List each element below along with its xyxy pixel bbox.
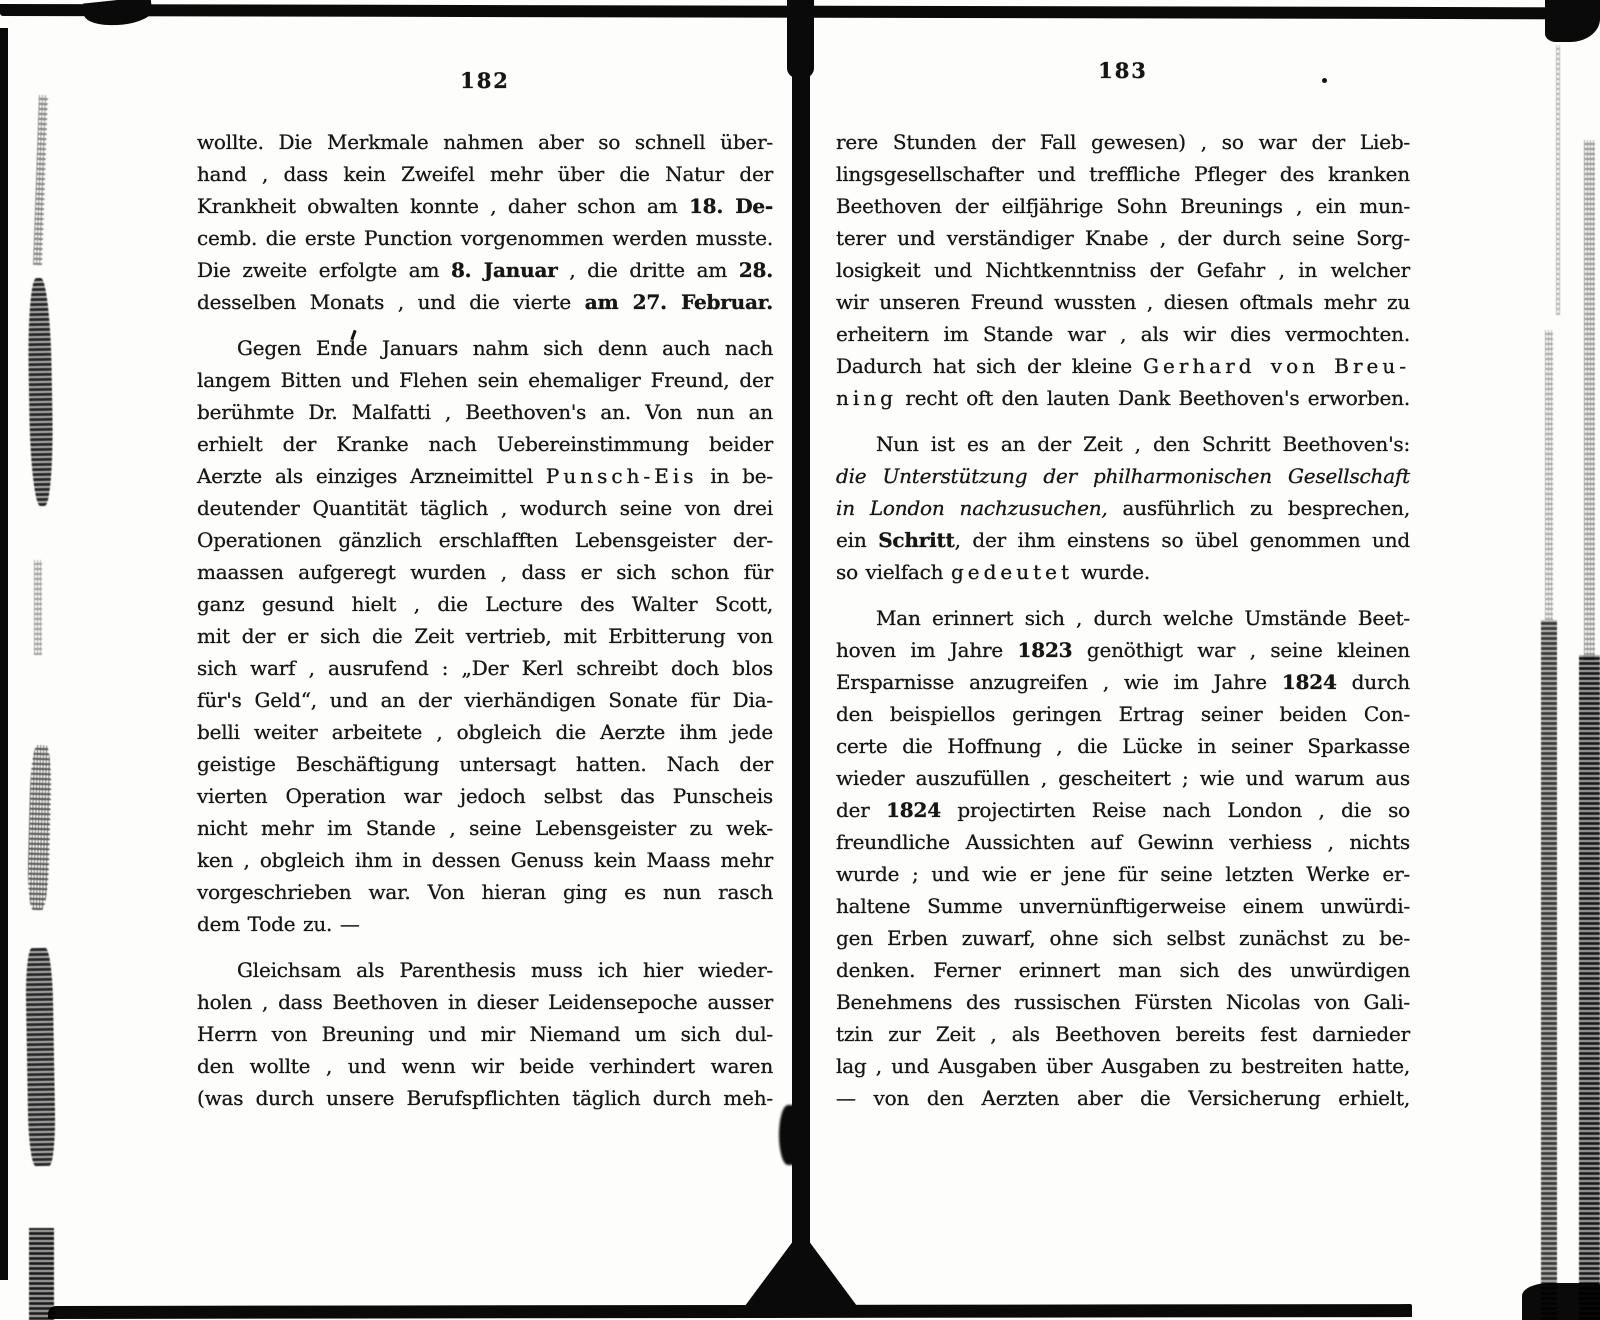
text-line: Gegen Ende Januars nahm sich denn auch n…	[197, 332, 773, 364]
text-line: — von den Aerzten aber die Versicherung …	[836, 1082, 1410, 1114]
scan-streak	[1541, 620, 1557, 1320]
text-line: holen , dass Beethoven in dieser Leidens…	[197, 986, 773, 1018]
text-line: Man erinnert sich , durch welche Umständ…	[836, 602, 1410, 634]
text-line: Krankheit obwalten konnte , daher schon …	[197, 190, 773, 222]
text-line: denken. Ferner erinnert man sich des unw…	[836, 954, 1410, 986]
text-line: freundliche Aussichten auf Gewinn verhie…	[836, 826, 1410, 858]
text-line: wir unseren Freund wussten , diesen oftm…	[836, 286, 1410, 318]
text-line: losigkeit und Nichtkenntniss der Gefahr …	[836, 254, 1410, 286]
text-line: lingsgesellschafter und treffliche Pfleg…	[836, 158, 1410, 190]
text-line: dem Tode zu. —	[197, 908, 773, 940]
text-line: für's Geld“, und an der vierhändigen Son…	[197, 684, 773, 716]
text-line: hand , dass kein Zweifel mehr über die N…	[197, 158, 773, 190]
text-line: erhielt der Kranke nach Uebereinstimmung…	[197, 428, 773, 460]
text-line: Ersparnisse anzugreifen , wie im Jahre 1…	[836, 666, 1410, 698]
text-line: certe die Hoffnung , die Lücke in seiner…	[836, 730, 1410, 762]
scan-artifact-left-edge	[0, 28, 8, 1280]
scan-smudge	[34, 560, 42, 655]
text-line: ganz gesund hielt , die Lecture des Walt…	[197, 588, 773, 620]
scan-smudge	[27, 278, 54, 506]
text-line: wurde ; und wie er jene für seine letzte…	[836, 858, 1410, 890]
paragraph: wollte. Die Merkmale nahmen aber so schn…	[197, 126, 773, 318]
text-line: Benehmens des russischen Fürsten Nicolas…	[836, 986, 1410, 1018]
text-line: ning recht oft den lauten Dank Beethoven…	[836, 382, 1410, 414]
paragraph: Nun ist es an der Zeit , den Schritt Bee…	[836, 428, 1410, 588]
scan-artifact-gutter-flare	[742, 1240, 860, 1310]
text-line: den wollte , und wenn wir beide verhinde…	[197, 1050, 773, 1082]
text-line: in London nachzusuchen, ausführlich zu b…	[836, 492, 1410, 524]
text-line: Beethoven der eilfjährige Sohn Breunings…	[836, 190, 1410, 222]
text-line: vorgeschrieben war. Von hieran ging es n…	[197, 876, 773, 908]
ink-speck	[1322, 78, 1327, 83]
text-line: haltene Summe unvernünftigerweise einem …	[836, 890, 1410, 922]
text-line: tzin zur Zeit , als Beethoven bereits fe…	[836, 1018, 1410, 1050]
scan-artifact-topright-blob	[1545, 0, 1600, 42]
text-line: cemb. die erste Punction vorgenommen wer…	[197, 222, 773, 254]
text-line: Gleichsam als Parenthesis muss ich hier …	[197, 954, 773, 986]
scan-streak	[1584, 140, 1595, 660]
text-line: vierten Operation war jedoch selbst das …	[197, 780, 773, 812]
text-line: wieder auszufüllen , gescheitert ; wie u…	[836, 762, 1410, 794]
page-text-right: rere Stunden der Fall gewesen) , so war …	[836, 126, 1410, 1114]
text-line: der 1824 projectirten Reise nach London …	[836, 794, 1410, 826]
text-line: maassen aufgeregt wurden , dass er sich …	[197, 556, 773, 588]
text-line: die Unterstützung der philharmonischen G…	[836, 460, 1410, 492]
text-line: berühmte Dr. Malfatti , Beethoven's an. …	[197, 396, 773, 428]
text-line: Dadurch hat sich der kleine Gerhard von …	[836, 350, 1410, 382]
text-line: deutender Quantität täglich , wodurch se…	[197, 492, 773, 524]
text-line: sich warf , ausrufend : „Der Kerl schrei…	[197, 652, 773, 684]
text-line: Aerzte als einziges Arzneimittel Punsch-…	[197, 460, 773, 492]
text-line: ein Schritt, der ihm einstens so übel ge…	[836, 524, 1410, 556]
paragraph: rere Stunden der Fall gewesen) , so war …	[836, 126, 1410, 414]
scan-smudge	[29, 1228, 54, 1320]
text-line: gen Erben zuwarf, ohne sich selbst zunäc…	[836, 922, 1410, 954]
page-text-left: wollte. Die Merkmale nahmen aber so schn…	[197, 126, 773, 1114]
text-line: Nun ist es an der Zeit , den Schritt Bee…	[836, 428, 1410, 460]
scan-smudge	[27, 745, 52, 910]
paragraph: Gleichsam als Parenthesis muss ich hier …	[197, 954, 773, 1114]
text-line: erheitern im Stande war , als wir dies v…	[836, 318, 1410, 350]
scan-streak	[1556, 45, 1560, 315]
text-line: langem Bitten und Flehen sein ehemaliger…	[197, 364, 773, 396]
scan-streak	[1579, 655, 1600, 1320]
text-line: (was durch unsere Berufspflichten täglic…	[197, 1082, 773, 1114]
page-183: 183 rere Stunden der Fall gewesen) , so …	[836, 56, 1410, 1114]
page-182: 182 wollte. Die Merkmale nahmen aber so …	[197, 66, 773, 1114]
scan-artifact-topleft-blob	[83, 0, 153, 28]
scan-artifact-bottom-border	[48, 1304, 1412, 1319]
scan-smudge	[25, 948, 56, 1166]
text-line: belli weiter arbeitete , obgleich die Ae…	[197, 716, 773, 748]
text-line: desselben Monats , und die vierte am 27.…	[197, 286, 773, 318]
text-line: geistige Beschäftigung untersagt hatten.…	[197, 748, 773, 780]
text-line: wollte. Die Merkmale nahmen aber so schn…	[197, 126, 773, 158]
scan-streak	[1545, 330, 1553, 620]
text-line: terer und verständiger Knabe , der durch…	[836, 222, 1410, 254]
text-line: Die zweite erfolgte am 8. Januar , die d…	[197, 254, 773, 286]
book-scan: 182 wollte. Die Merkmale nahmen aber so …	[0, 0, 1600, 1320]
paragraph: Man erinnert sich , durch welche Umständ…	[836, 602, 1410, 1114]
page-number-left: 182	[197, 66, 773, 96]
text-line: lag , und Ausgaben über Ausgaben zu best…	[836, 1050, 1410, 1082]
text-line: nicht mehr im Stande , seine Lebensgeist…	[197, 812, 773, 844]
text-line: Operationen gänzlich erschlafften Lebens…	[197, 524, 773, 556]
text-line: mit der er sich die Zeit vertrieb, mit E…	[197, 620, 773, 652]
text-line: Herrn von Breuning und mir Niemand um si…	[197, 1018, 773, 1050]
text-line: den beispiellos geringen Ertrag seiner b…	[836, 698, 1410, 730]
text-line: so vielfach gedeutet wurde.	[836, 556, 1410, 588]
text-line: ken , obgleich ihm in dessen Genuss kein…	[197, 844, 773, 876]
text-line: rere Stunden der Fall gewesen) , so war …	[836, 126, 1410, 158]
text-line: hoven im Jahre 1823 genöthigt war , sein…	[836, 634, 1410, 666]
scan-smudge	[33, 95, 48, 265]
scan-artifact-gutter-bulge	[779, 1105, 797, 1165]
paragraph: Gegen Ende Januars nahm sich denn auch n…	[197, 332, 773, 940]
